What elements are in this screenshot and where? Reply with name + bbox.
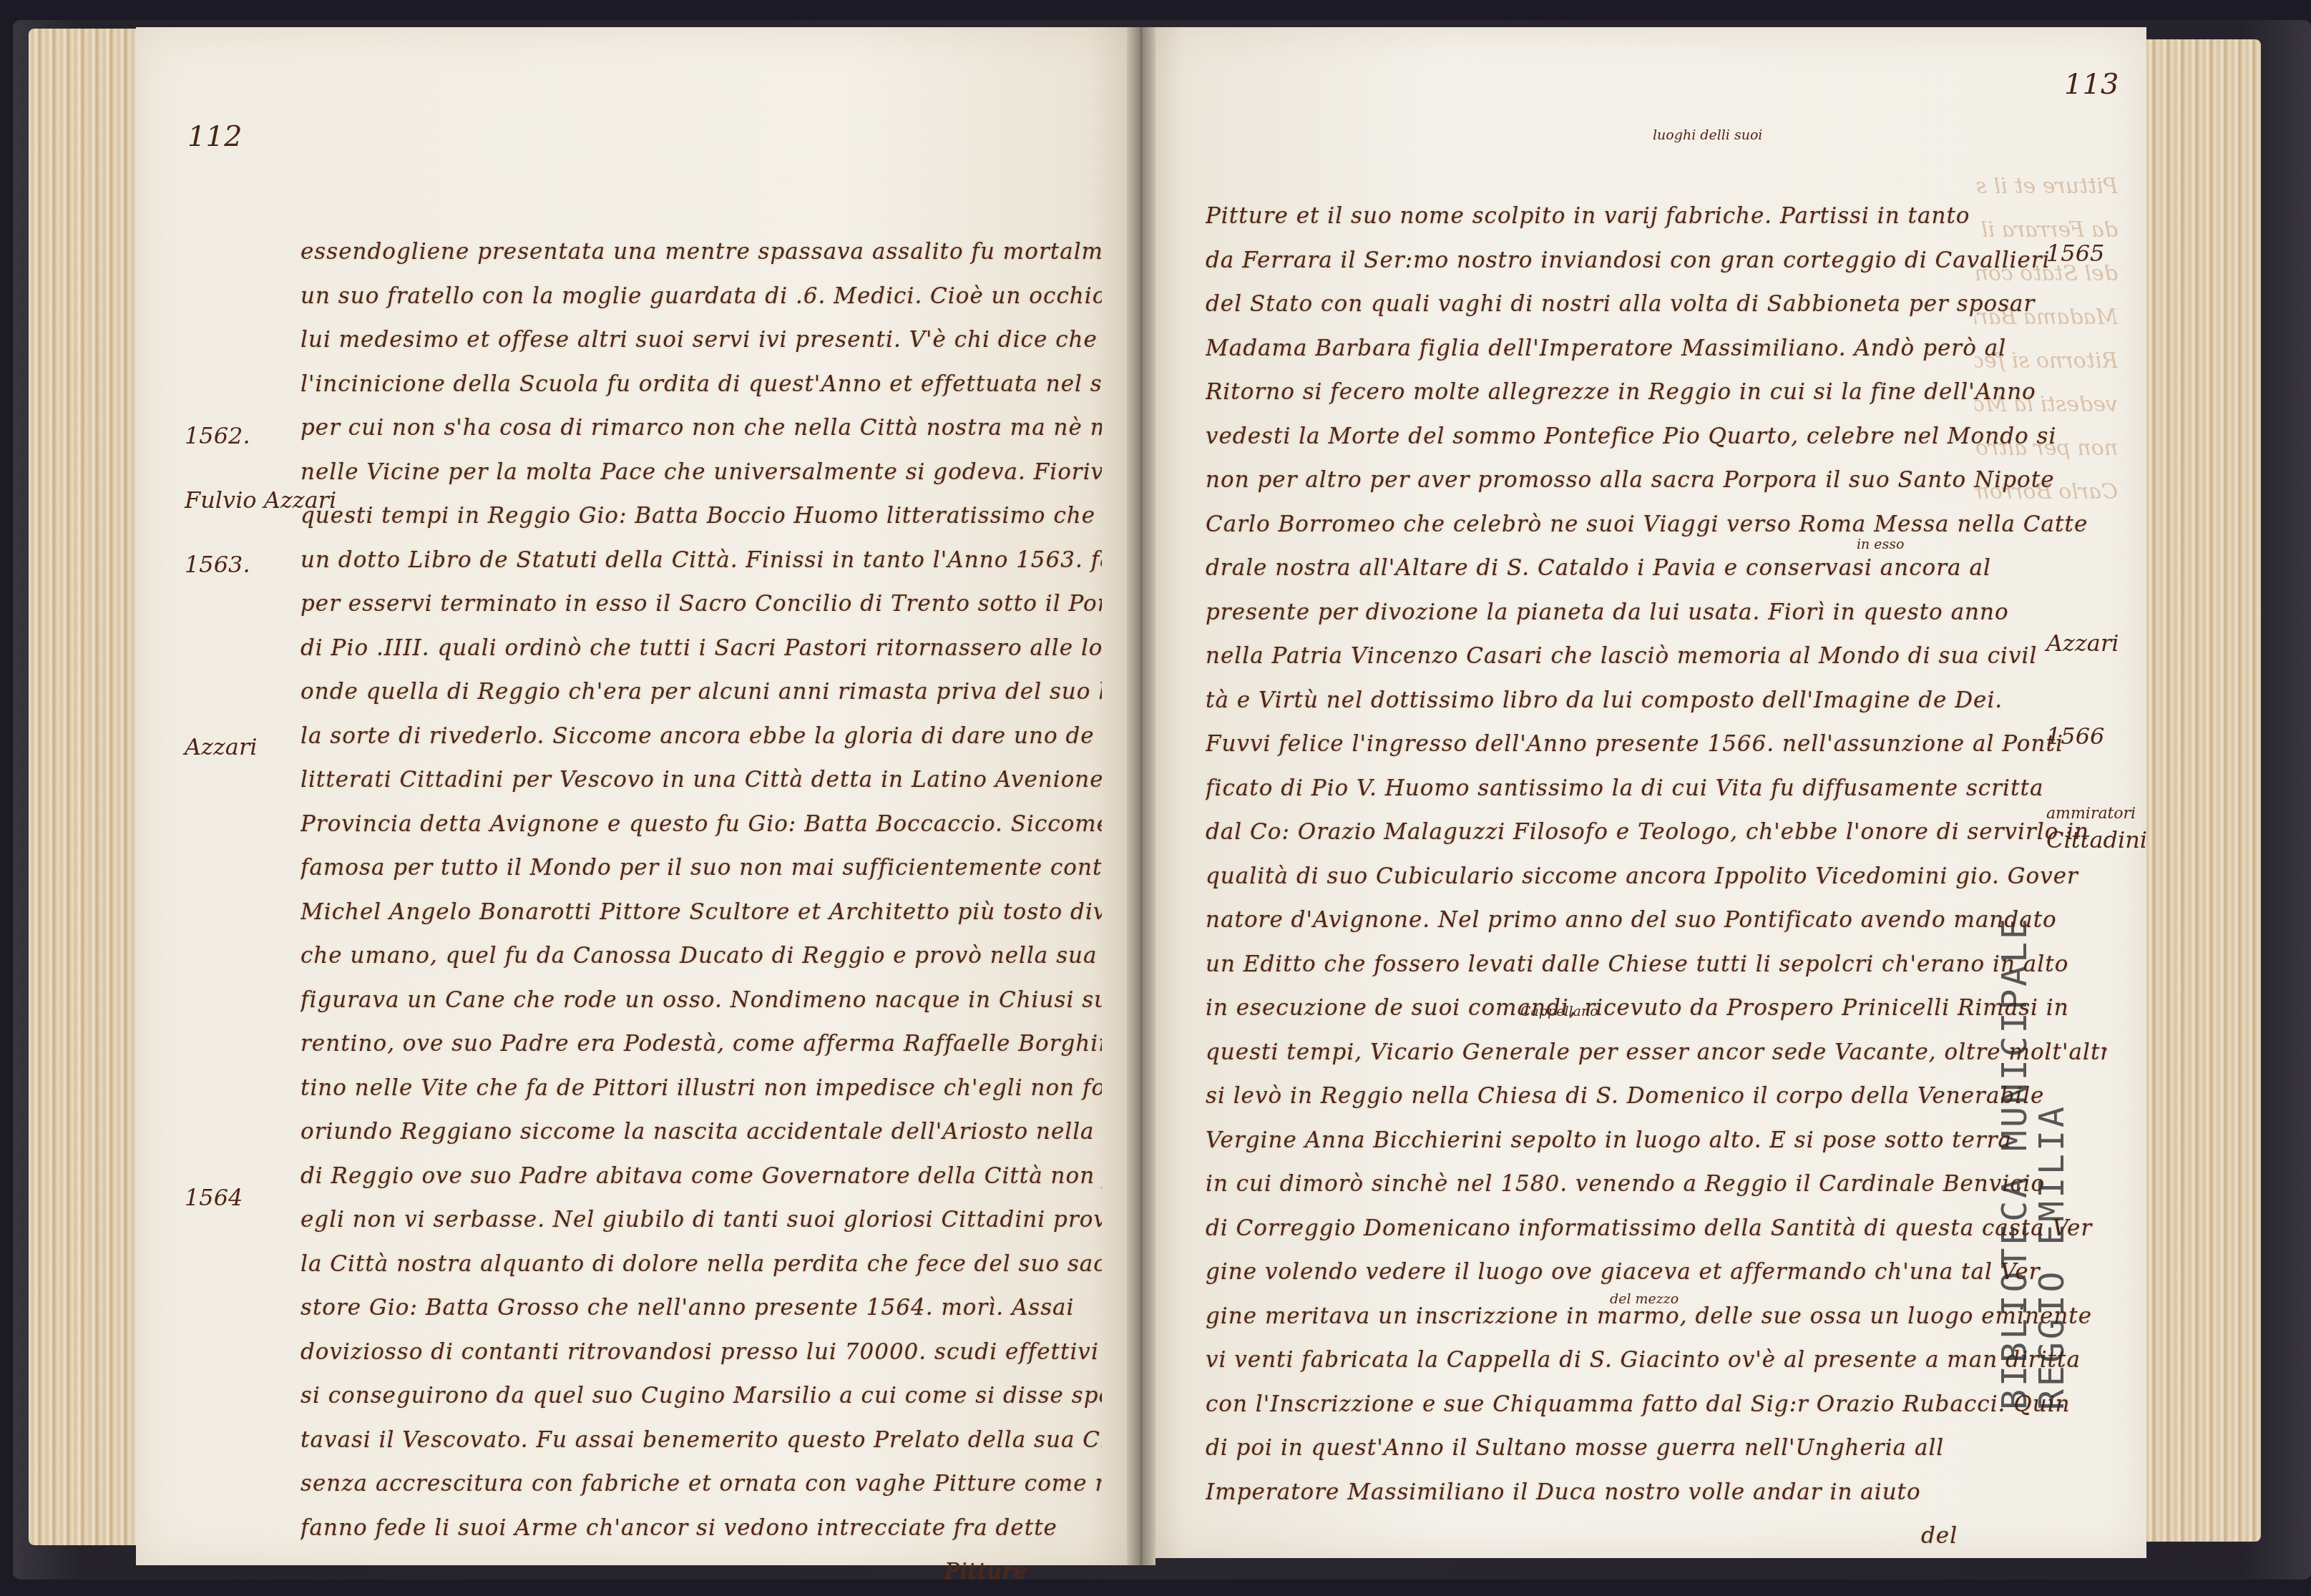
manuscript-line: la sorte di rivederlo. Siccome ancora eb… xyxy=(301,715,1102,759)
manuscript-line: dal Co: Orazio Malaguzzi Filosofo e Teol… xyxy=(1206,811,2107,855)
manuscript-line: senza accrescitura con fabriche et ornat… xyxy=(301,1462,1102,1507)
manuscript-line: Carlo Borromeo che celebrò ne suoi Viagg… xyxy=(1206,503,2107,547)
manuscript-line: per cui non s'ha cosa di rimarco non che… xyxy=(301,406,1102,451)
manuscript-line: lui medesimo et offese altri suoi servi … xyxy=(301,318,1102,363)
manuscript-line: che umano, quel fu da Canossa Ducato di … xyxy=(301,934,1102,979)
manuscript-line: rentino, ove suo Padre era Podestà, come… xyxy=(301,1022,1102,1067)
folio-number-left: 112 xyxy=(187,120,242,153)
margin-note: Cittadini xyxy=(2046,826,2147,853)
manuscript-line: vedesti la Morte del sommo Pontefice Pio… xyxy=(1206,415,2107,459)
manuscript-line: oriundo Reggiano siccome la nascita acci… xyxy=(301,1110,1102,1155)
manuscript-line: Madama Barbara figlia dell'Imperatore Ma… xyxy=(1206,327,2107,371)
interlinear-note: luoghi delli suoi xyxy=(1653,127,1762,143)
manuscript-line: Provincia detta Avignone e questo fu Gio… xyxy=(301,803,1102,847)
manuscript-line: tino nelle Vite che fa de Pittori illust… xyxy=(301,1067,1102,1111)
manuscript-line: egli non vi serbasse. Nel giubilo di tan… xyxy=(301,1198,1102,1243)
margin-note: Azzari xyxy=(2046,630,2119,657)
manuscript-line: Vergine Anna Bicchierini sepolto in luog… xyxy=(1206,1119,2107,1163)
manuscript-line: l'incinicione della Scuola fu ordita di … xyxy=(301,363,1102,407)
manuscript-line: fanno fede li suoi Arme ch'ancor si vedo… xyxy=(301,1507,1102,1551)
manuscript-line: in esecuzione de suoi comandi, ricevuto … xyxy=(1206,987,2107,1031)
book-gutter xyxy=(1127,27,1155,1565)
manuscript-line: Ritorno si fecero molte allegrezze in Re… xyxy=(1206,371,2107,415)
margin-note: 1563. xyxy=(185,551,250,578)
manuscript-line: di poi in quest'Anno il Sultano mosse gu… xyxy=(1206,1426,2107,1471)
manuscript-line: litterati Cittadini per Vescovo in una C… xyxy=(301,758,1102,803)
manuscript-line: la Città nostra alquanto di dolore nella… xyxy=(301,1243,1102,1287)
manuscript-line: natore d'Avignone. Nel primo anno del su… xyxy=(1206,899,2107,943)
manuscript-line: di Correggio Domenicano informatissimo d… xyxy=(1206,1207,2107,1251)
interlinear-note: del mezzo xyxy=(1610,1291,1679,1307)
manuscript-line: nelle Vicine per la molta Pace che unive… xyxy=(301,451,1102,495)
manuscript-line: Pitture et il suo nome scolpito in varij… xyxy=(1206,195,2107,239)
manuscript-line: gine volendo vedere il luogo ove giaceva… xyxy=(1206,1250,2107,1295)
margin-note: ammiratori xyxy=(2046,805,2136,823)
manuscript-line: con l'Inscrizzione e sue Chiquamma fatto… xyxy=(1206,1383,2107,1427)
manuscript-line: un suo fratello con la moglie guardata d… xyxy=(301,275,1102,319)
manuscript-line: nella Patria Vincenzo Casari che lasciò … xyxy=(1206,635,2107,679)
manuscript-line: per esservi terminato in esso il Sacro C… xyxy=(301,582,1102,627)
manuscript-line: famosa per tutto il Mondo per il suo non… xyxy=(301,846,1102,891)
manuscript-line: presente per divozione la pianeta da lui… xyxy=(1206,591,2107,635)
right-fore-edge xyxy=(2143,39,2261,1542)
manuscript-line: Imperatore Massimiliano il Duca nostro v… xyxy=(1206,1471,2107,1515)
manuscript-line: drale nostra all'Altare di S. Cataldo i … xyxy=(1206,547,2107,591)
stamp-line-1: BIBLIOTECA MUNICIPALE xyxy=(1996,916,2033,1410)
margin-note: Azzari xyxy=(185,733,257,760)
manuscript-line: si conseguirono da quel suo Cugino Marsi… xyxy=(301,1374,1102,1419)
manuscript-line: si levò in Reggio nella Chiesa di S. Dom… xyxy=(1206,1074,2107,1119)
left-page-text: essendogliene presentata una mentre spas… xyxy=(301,230,1102,1595)
stamp-line-2: REGGIO EMILIA xyxy=(2033,916,2071,1410)
manuscript-line: Michel Angelo Bonarotti Pittore Scultore… xyxy=(301,891,1102,935)
manuscript-line: non per altro per aver promosso alla sac… xyxy=(1206,459,2107,503)
manuscript-line: Fuvvi felice l'ingresso dell'Anno presen… xyxy=(1206,723,2107,767)
library-stamp: BIBLIOTECA MUNICIPALE REGGIO EMILIA xyxy=(1996,916,2071,1410)
manuscript-line: Pitture xyxy=(301,1550,1102,1595)
manuscript-line: del Stato con quali vaghi di nostri alla… xyxy=(1206,283,2107,327)
interlinear-note: Cappellano xyxy=(1520,1004,1598,1019)
manuscript-line: ficato di Pio V. Huomo santissimo la di … xyxy=(1206,767,2107,811)
manuscript-line: questi tempi in Reggio Gio: Batta Boccio… xyxy=(301,494,1102,539)
folio-number-right: 113 xyxy=(2064,68,2119,101)
manuscript-line: di Pio .IIII. quali ordinò che tutti i S… xyxy=(301,627,1102,671)
margin-note: 1562. xyxy=(185,422,250,449)
manuscript-line: figurava un Cane che rode un osso. Nondi… xyxy=(301,979,1102,1023)
manuscript-line: vi venti fabricata la Cappella di S. Gia… xyxy=(1206,1338,2107,1383)
manuscript-line: del xyxy=(1206,1514,2107,1559)
manuscript-line: questi tempi, Vicario Generale per esser… xyxy=(1206,1031,2107,1075)
manuscript-line: qualità di suo Cubiculario siccome ancor… xyxy=(1206,855,2107,899)
manuscript-line: in cui dimorò sinchè nel 1580. venendo a… xyxy=(1206,1162,2107,1207)
left-fore-edge xyxy=(29,29,147,1545)
interlinear-note: in esso xyxy=(1857,537,1905,552)
manuscript-line: onde quella di Reggio ch'era per alcuni … xyxy=(301,670,1102,715)
manuscript-line: essendogliene presentata una mentre spas… xyxy=(301,230,1102,275)
manuscript-line: un Editto che fossero levati dalle Chies… xyxy=(1206,943,2107,987)
right-page-text: Pitture et il suo nome scolpito in varij… xyxy=(1206,195,2107,1559)
manuscript-line: da Ferrara il Ser:mo nostro inviandosi c… xyxy=(1206,239,2107,283)
margin-note: 1565 xyxy=(2046,240,2104,267)
margin-note: 1566 xyxy=(2046,723,2104,750)
manuscript-line: doviziosso di contanti ritrovandosi pres… xyxy=(301,1331,1102,1375)
manuscript-line: di Reggio ove suo Padre abitava come Gov… xyxy=(301,1155,1102,1199)
manuscript-line: tà e Virtù nel dottissimo libro da lui c… xyxy=(1206,679,2107,723)
manuscript-line: tavasi il Vescovato. Fu assai benemerito… xyxy=(301,1419,1102,1463)
margin-note: 1564 xyxy=(185,1184,243,1211)
manuscript-line: store Gio: Batta Grosso che nell'anno pr… xyxy=(301,1286,1102,1331)
manuscript-line: un dotto Libro de Statuti della Città. F… xyxy=(301,539,1102,583)
